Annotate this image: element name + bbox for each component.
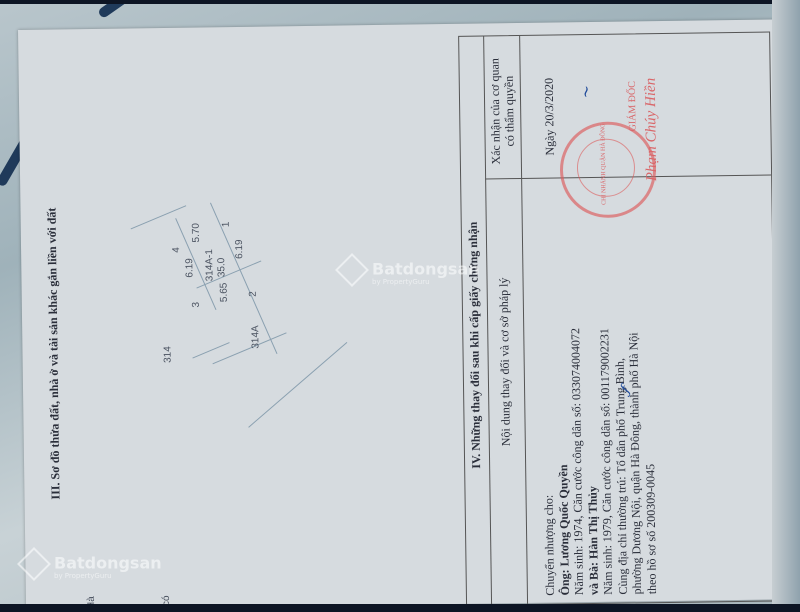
parcel-edge-length: 5.65 bbox=[219, 283, 230, 303]
parcel-edge-length: 5.70 bbox=[191, 223, 202, 243]
col-confirm-header: Xác nhận của cơ quan có thẩm quyền bbox=[487, 56, 517, 166]
batdongsan-logo-icon bbox=[335, 253, 369, 287]
signer-title: GIÁM ĐỐC bbox=[627, 81, 639, 131]
parcel-label-main: 314 bbox=[162, 346, 173, 363]
parcel-vertex: 1 bbox=[221, 221, 232, 227]
batdongsan-logo-icon bbox=[17, 547, 51, 581]
col-content-header: Nội dung thay đổi và cơ sở pháp lý bbox=[497, 277, 514, 446]
parcel-vertex: 3 bbox=[191, 302, 202, 308]
parcel-edge-length: 6.19 bbox=[234, 239, 245, 259]
parcel-vertex: 4 bbox=[171, 247, 182, 253]
section-iv-table: IV. Những thay đổi sau khi cấp giấy chứn… bbox=[458, 31, 778, 605]
top-frame bbox=[0, 0, 800, 4]
stamp-text: CHI NHÁNH QUẬN HÀ ĐÔNG bbox=[600, 123, 607, 204]
section-iii-title: III. Sơ đồ thửa đất, nhà ở và tài sản kh… bbox=[44, 208, 63, 500]
parcel-area: 35.0 bbox=[216, 258, 227, 278]
entry-line: theo hồ sơ số 200309-0045 bbox=[641, 327, 659, 594]
parcel-label-sub: 314A bbox=[250, 325, 261, 349]
signer-name: Phạm Chúy Hiền bbox=[643, 78, 661, 182]
watermark: Batdongsan by PropertyGuru bbox=[340, 258, 480, 286]
bottom-frame bbox=[0, 604, 800, 612]
parcel-edge-length: 6.19 bbox=[184, 258, 195, 278]
watermark: Batdongsan by PropertyGuru bbox=[22, 552, 162, 580]
document-page: III. Sơ đồ thửa đất, nhà ở và tài sản kh… bbox=[18, 19, 796, 610]
table-divider bbox=[519, 36, 528, 604]
parcel-label-detail: 314A-1 bbox=[204, 249, 215, 281]
signature-mark: ~ bbox=[575, 83, 596, 99]
transfer-entry: Chuyển nhượng cho: Ông: Lương Quốc Quyền… bbox=[539, 327, 659, 596]
table-divider bbox=[485, 178, 521, 180]
background-page-edge bbox=[772, 0, 800, 604]
confirmation-date: Ngày 20/3/2020 bbox=[542, 78, 558, 156]
parcel-vertex: 2 bbox=[248, 291, 259, 297]
